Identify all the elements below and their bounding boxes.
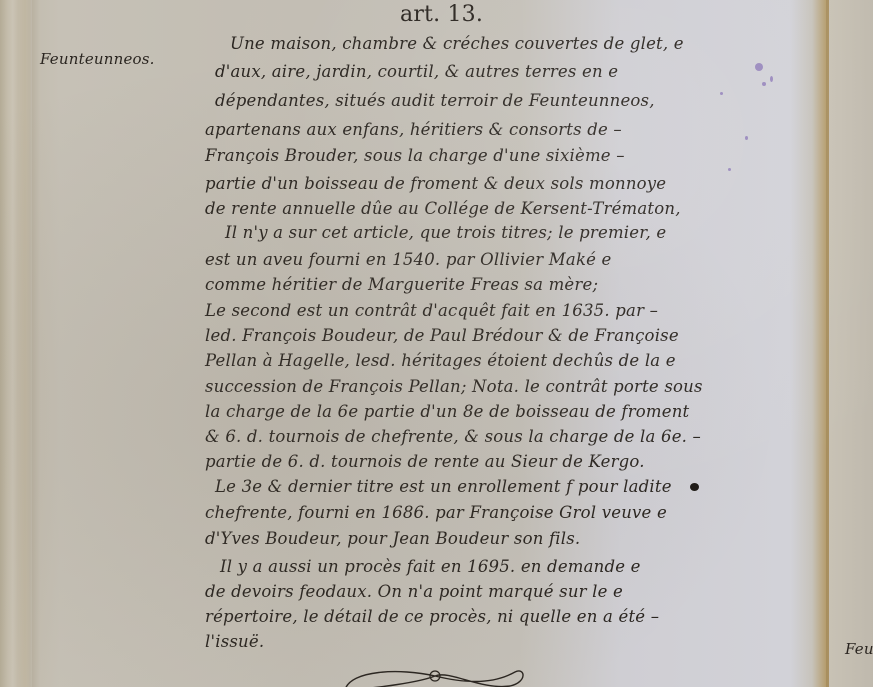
text-line: partie d'un boisseau de froment & deux s… bbox=[205, 174, 666, 193]
text-line: de rente annuelle dûe au Collége de Kers… bbox=[205, 199, 681, 218]
text-line: comme héritier de Marguerite Freas sa mè… bbox=[205, 275, 598, 294]
text-line: Une maison, chambre & créches couvertes … bbox=[230, 34, 684, 53]
text-line: Il y a aussi un procès fait en 1695. en … bbox=[220, 557, 641, 576]
ink-stain bbox=[728, 168, 731, 171]
adjacent-page bbox=[829, 0, 873, 687]
ink-stain bbox=[770, 76, 773, 82]
text-line: Le second est un contrât d'acquêt fait e… bbox=[205, 301, 658, 320]
margin-note: Feunteunneos. bbox=[40, 50, 155, 68]
adjacent-page-fragment: Feu bbox=[845, 640, 873, 658]
text-line: apartenans aux enfans, héritiers & conso… bbox=[205, 120, 622, 139]
text-line: Il n'y a sur cet article, que trois titr… bbox=[225, 223, 666, 242]
page-edge-left bbox=[0, 0, 32, 687]
manuscript-page: art. 13. Feunteunneos. Une maison, chamb… bbox=[0, 0, 873, 687]
article-heading: art. 13. bbox=[400, 2, 483, 27]
text-line: Le 3e & dernier titre est un enrollement… bbox=[215, 477, 672, 496]
text-line: d'aux, aire, jardin, courtil, & autres t… bbox=[215, 62, 618, 81]
text-line: d'Yves Boudeur, pour Jean Boudeur son fi… bbox=[205, 529, 580, 548]
ink-stain bbox=[755, 63, 763, 71]
text-line: & 6. d. tournois de chefrente, & sous la… bbox=[205, 427, 701, 446]
text-line: led. François Boudeur, de Paul Brédour &… bbox=[205, 326, 679, 345]
ink-stain bbox=[720, 92, 723, 95]
text-line: François Brouder, sous la charge d'une s… bbox=[205, 146, 625, 165]
ink-stain bbox=[762, 82, 766, 86]
text-line: est un aveu fourni en 1540. par Ollivier… bbox=[205, 250, 612, 269]
text-line: chefrente, fourni en 1686. par Françoise… bbox=[205, 503, 667, 522]
text-line: l'issuë. bbox=[205, 632, 264, 651]
text-line: Pellan à Hagelle, lesd. héritages étoien… bbox=[205, 351, 676, 370]
text-line: dépendantes, situés audit terroir de Feu… bbox=[215, 91, 655, 110]
text-line: répertoire, le détail de ce procès, ni q… bbox=[205, 607, 659, 626]
ink-stain bbox=[745, 136, 748, 140]
end-flourish-icon bbox=[340, 662, 530, 687]
text-line: de devoirs feodaux. On n'a point marqué … bbox=[205, 582, 623, 601]
ink-blot bbox=[690, 483, 699, 491]
text-line: la charge de la 6e partie d'un 8e de boi… bbox=[205, 402, 689, 421]
text-line: partie de 6. d. tournois de rente au Sie… bbox=[205, 452, 645, 471]
text-line: succession de François Pellan; Nota. le … bbox=[205, 377, 703, 396]
